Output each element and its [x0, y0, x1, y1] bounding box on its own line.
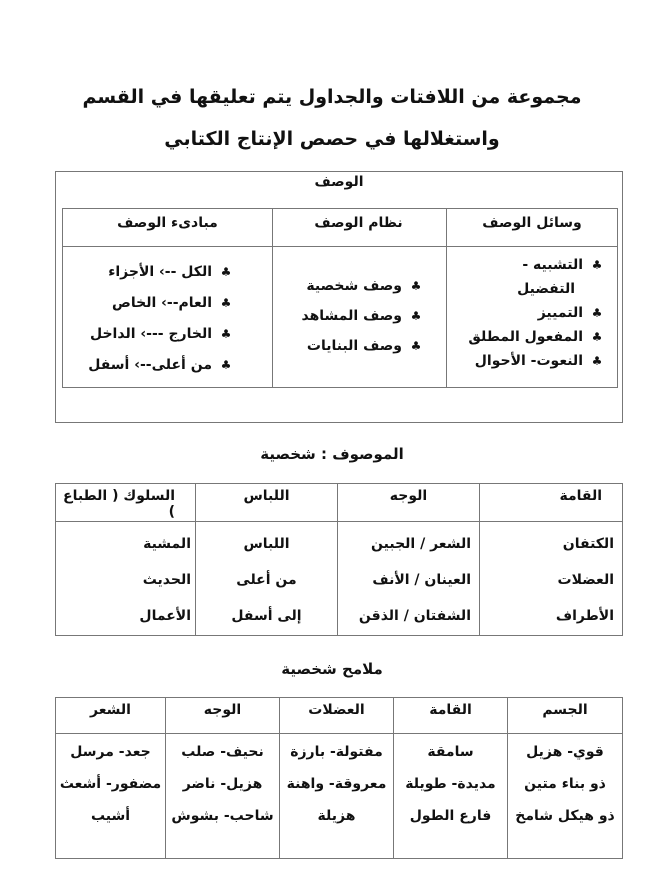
list-item: ♣ وصف البنايات	[271, 331, 422, 361]
description-box-title: الوصف	[56, 174, 622, 190]
club-bullet-icon: ♣	[591, 349, 603, 373]
table-cell: الشفتان / الذقن	[338, 598, 471, 634]
column-header: نظام الوصف	[271, 209, 446, 247]
page-title-line-2: واستغلالها في حصص الإنتاج الكتابي	[0, 128, 664, 150]
table-cell: ذو بناء متين	[508, 768, 622, 800]
club-bullet-icon: ♣	[591, 325, 603, 349]
table-cell: هزيل- ناضر	[166, 768, 279, 800]
column-clothing: اللباس اللباس من أعلى إلى أسفل	[196, 484, 338, 635]
table-cell: العينان / الأنف	[338, 562, 471, 598]
column-muscles: العضلات مفتولة- بارزة معروقة- واهنة هزيل…	[280, 698, 394, 858]
description-box: الوصف وسائل الوصف ♣ التشبيه - التفضيل ♣ …	[55, 171, 623, 423]
column-behavior: السلوك ( الطباع ) المشية الحديث الأعمال	[56, 484, 196, 635]
table-cell: اللباس	[196, 526, 337, 562]
table-cell: الأطراف	[480, 598, 614, 634]
list-item: ♣ الكل --› الأجزاء	[63, 257, 232, 288]
character-table: القامة الكتفان العضلات الأطراف الوجه الش…	[55, 483, 623, 636]
table-cell: جعد- مرسل	[56, 736, 165, 768]
club-bullet-icon: ♣	[220, 257, 232, 288]
table-cell: فارع الطول	[394, 800, 507, 832]
club-bullet-icon: ♣	[220, 288, 232, 319]
column-header: الوجه	[338, 484, 479, 522]
table-cell: نحيف- صلب	[166, 736, 279, 768]
description-table: وسائل الوصف ♣ التشبيه - التفضيل ♣ التميي…	[62, 208, 618, 388]
table-cell: إلى أسفل	[196, 598, 337, 634]
table-cell: مضفور- أشعث	[56, 768, 165, 800]
club-bullet-icon: ♣	[220, 319, 232, 350]
club-bullet-icon: ♣	[220, 350, 232, 381]
table-cell: العضلات	[480, 562, 614, 598]
column-header: القامة	[480, 484, 622, 522]
column-stature: القامة الكتفان العضلات الأطراف	[480, 484, 622, 635]
list-item: ♣ الخارج ---› الداخل	[63, 319, 232, 350]
features-heading: ملامح شخصية	[0, 660, 664, 678]
table-cell: الشعر / الجبين	[338, 526, 471, 562]
table-cell: الحديث	[56, 562, 191, 598]
table-cell: أشيب	[56, 800, 165, 832]
table-cell: المشية	[56, 526, 191, 562]
list-item: ♣ وصف شخصية	[271, 271, 422, 301]
column-header: الوجه	[166, 698, 279, 734]
table-cell: سامقة	[394, 736, 507, 768]
list-item: ♣ وصف المشاهد	[271, 301, 422, 331]
column-header: الجسم	[508, 698, 622, 734]
column-face: الوجه نحيف- صلب هزيل- ناضر شاحب- بشوش	[166, 698, 280, 858]
column-description-principles: مبادىء الوصف ♣ الكل --› الأجزاء ♣ العام-…	[63, 209, 273, 387]
table-cell: من أعلى	[196, 562, 337, 598]
list-item: ♣ التشبيه -	[447, 253, 603, 277]
column-hair: الشعر جعد- مرسل مضفور- أشعث أشيب	[56, 698, 166, 858]
table-cell: مفتولة- بارزة	[280, 736, 393, 768]
column-header: الشعر	[56, 698, 165, 734]
table-cell: شاحب- بشوش	[166, 800, 279, 832]
table-cell: الكتفان	[480, 526, 614, 562]
features-table: الجسم قوي- هزيل ذو بناء متين ذو هيكل شام…	[55, 697, 623, 859]
list-item: ♣ النعوت- الأحوال	[447, 349, 603, 373]
column-header: العضلات	[280, 698, 393, 734]
column-header: القامة	[394, 698, 507, 734]
table-cell: مديدة- طويلة	[394, 768, 507, 800]
column-stature: القامة سامقة مديدة- طويلة فارع الطول	[394, 698, 508, 858]
table-cell: هزيلة	[280, 800, 393, 832]
table-cell: الأعمال	[56, 598, 191, 634]
column-header: مبادىء الوصف	[63, 209, 272, 247]
column-body: الجسم قوي- هزيل ذو بناء متين ذو هيكل شام…	[508, 698, 622, 858]
list-item: ♣ من أعلى--› أسفل	[63, 350, 232, 381]
list-item-continuation: التفضيل	[447, 277, 603, 301]
column-header: السلوك ( الطباع )	[56, 484, 195, 522]
club-bullet-icon: ♣	[591, 301, 603, 325]
worksheet-page: مجموعة من اللافتات والجداول يتم تعليقها …	[0, 0, 664, 888]
table-cell: ذو هيكل شامخ	[508, 800, 622, 827]
column-description-tools: وسائل الوصف ♣ التشبيه - التفضيل ♣ التميي…	[447, 209, 617, 387]
column-header: وسائل الوصف	[447, 209, 617, 247]
page-title-line-1: مجموعة من اللافتات والجداول يتم تعليقها …	[0, 86, 664, 108]
table-cell: قوي- هزيل	[508, 736, 622, 768]
list-item: ♣ التمييز	[447, 301, 603, 325]
column-header: اللباس	[196, 484, 337, 522]
club-bullet-icon: ♣	[410, 331, 422, 361]
list-item: ♣ العام--› الخاص	[63, 288, 232, 319]
club-bullet-icon: ♣	[591, 253, 603, 277]
described-heading: الموصوف : شخصية	[0, 445, 664, 463]
column-description-system: نظام الوصف ♣ وصف شخصية ♣ وصف المشاهد ♣ و…	[271, 209, 447, 387]
table-cell: معروقة- واهنة	[280, 768, 393, 800]
column-face: الوجه الشعر / الجبين العينان / الأنف الش…	[338, 484, 480, 635]
club-bullet-icon: ♣	[410, 301, 422, 331]
list-item: ♣ المفعول المطلق	[447, 325, 603, 349]
club-bullet-icon: ♣	[410, 271, 422, 301]
